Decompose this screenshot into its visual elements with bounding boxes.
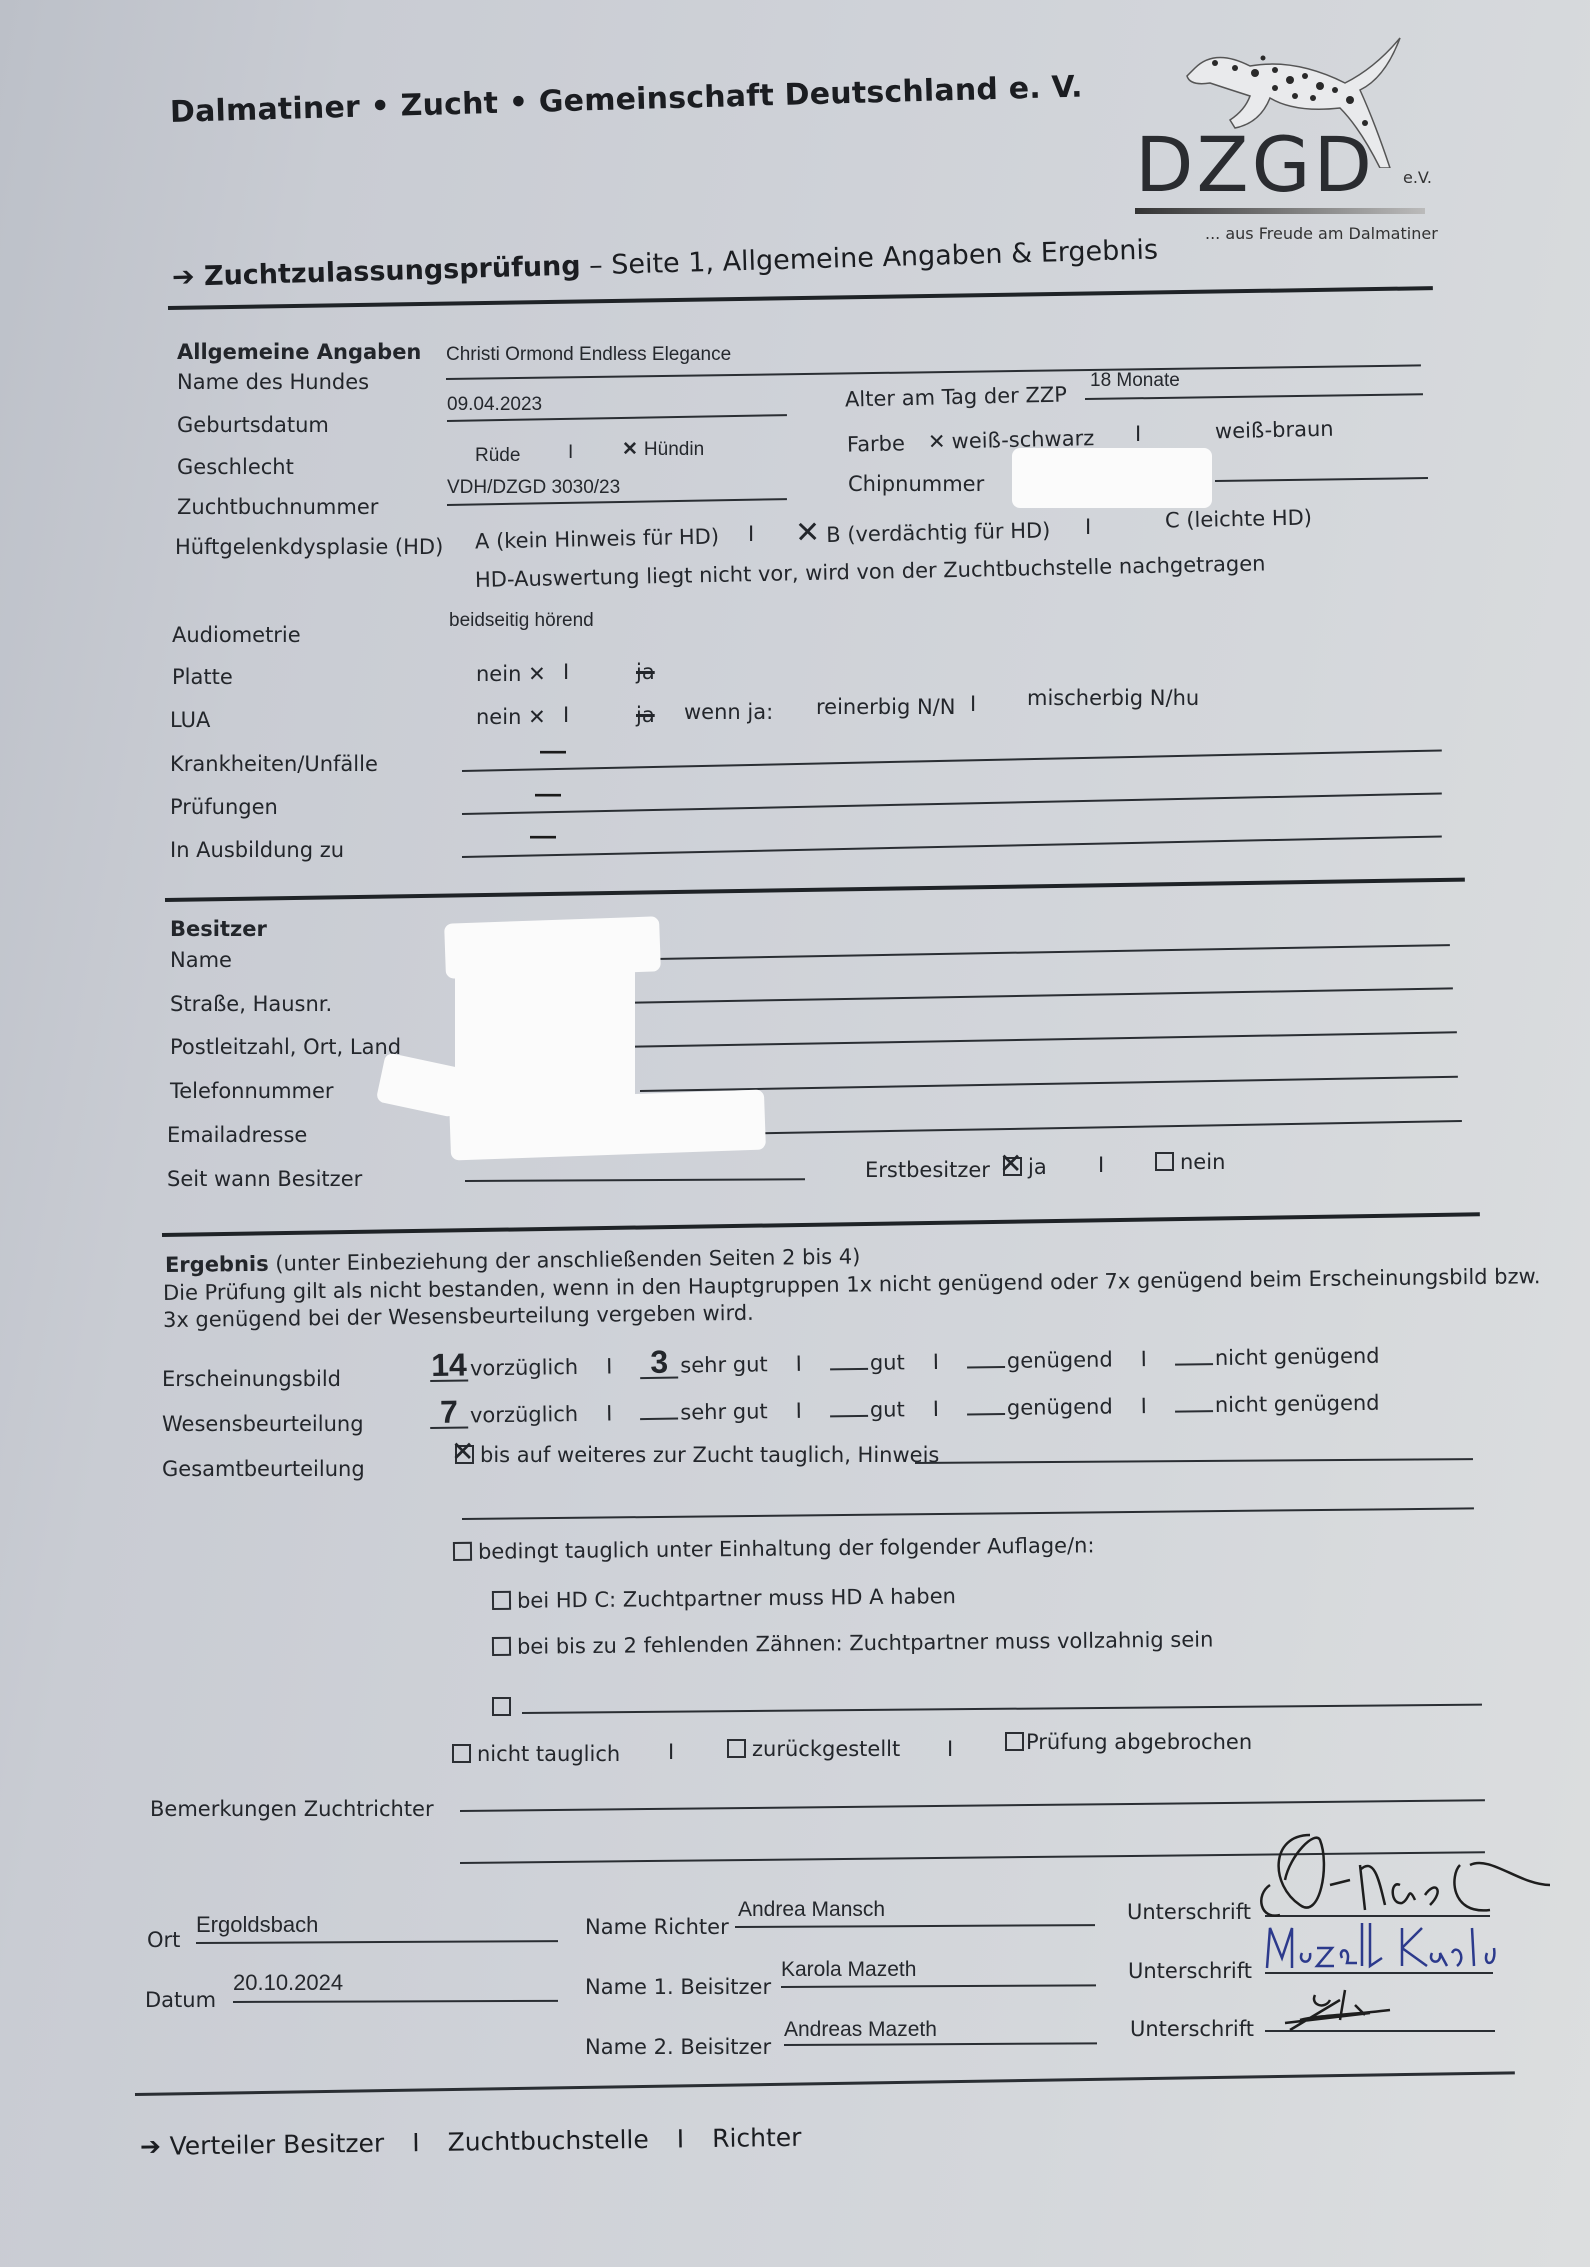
studbook-label: Zuchtbuchnummer bbox=[177, 495, 378, 519]
appearance-label: Erscheinungsbild bbox=[162, 1367, 341, 1391]
option-not-suitable-label: nicht tauglich bbox=[477, 1742, 620, 1766]
temperament-label: Wesensbeurteilung bbox=[162, 1412, 364, 1436]
overall-hint-field-2[interactable] bbox=[462, 1507, 1474, 1520]
appearance-genügend[interactable]: genügend bbox=[967, 1347, 1113, 1373]
assessor1-signature-label: Unterschrift bbox=[1128, 1959, 1252, 1983]
grade-count bbox=[967, 1413, 1005, 1416]
separator: I bbox=[677, 2124, 685, 2153]
illness-value: — bbox=[540, 735, 566, 766]
hd-note: HD-Auswertung liegt nicht vor, wird von … bbox=[475, 551, 1266, 592]
birth-label: Geburtsdatum bbox=[177, 413, 329, 437]
grade-label: sehr gut bbox=[680, 1352, 768, 1377]
first-owner-label: Erstbesitzer bbox=[865, 1158, 990, 1182]
appearance-nicht-genügend[interactable]: nicht genügend bbox=[1175, 1344, 1380, 1371]
grade-label: vorzüglich bbox=[470, 1402, 578, 1428]
distribution-studbook: Zuchtbuchstelle bbox=[447, 2125, 649, 2157]
grade-count bbox=[830, 1368, 868, 1371]
field-line bbox=[784, 2042, 1097, 2046]
field-line bbox=[1215, 477, 1428, 482]
lua-label: LUA bbox=[170, 708, 210, 732]
checkbox-checked: ✕ bbox=[455, 1445, 474, 1464]
conditional-sub-other[interactable] bbox=[492, 1695, 517, 1719]
judge-value: Andrea Mansch bbox=[738, 1898, 885, 1922]
sex-option-female[interactable]: ✕Hündin bbox=[622, 438, 704, 461]
divider bbox=[165, 878, 1465, 902]
temperament-gut[interactable]: gut bbox=[830, 1397, 905, 1422]
field-line bbox=[196, 1940, 558, 1944]
owner-name-label: Name bbox=[170, 948, 232, 972]
grade-count: 7 bbox=[430, 1396, 468, 1429]
chip-label: Chipnummer bbox=[848, 472, 984, 496]
hd-b-label: B (verdächtig für HD) bbox=[826, 518, 1051, 547]
x-mark-icon: ✕ bbox=[622, 439, 638, 460]
grade-count bbox=[1175, 1410, 1213, 1413]
separator: I bbox=[412, 2128, 420, 2157]
audiometry-value: beidseitig hörend bbox=[449, 610, 594, 632]
first-owner-yes[interactable]: ✕ja bbox=[1003, 1155, 1047, 1179]
option-not-suitable[interactable]: nicht tauglich bbox=[452, 1742, 620, 1766]
audiometry-label: Audiometrie bbox=[172, 623, 301, 647]
grade-label: genügend bbox=[1007, 1347, 1113, 1372]
birth-value: 09.04.2023 bbox=[447, 394, 542, 416]
separator: I bbox=[568, 442, 573, 464]
assessor1-signature bbox=[1262, 1918, 1522, 1978]
owner-phone-label: Telefonnummer bbox=[170, 1079, 334, 1103]
temperament-sehr-gut[interactable]: sehr gut bbox=[640, 1399, 768, 1425]
separator: I bbox=[933, 1350, 940, 1374]
grade-label: genügend bbox=[1007, 1394, 1113, 1419]
form-title-sub: – Seite 1, Allgemeine Angaben & Ergebnis bbox=[580, 234, 1158, 281]
result-rule-2: 3x genügend bei der Wesensbeurteilung ve… bbox=[163, 1301, 754, 1332]
field-line bbox=[615, 987, 1453, 1004]
first-owner-no[interactable]: nein bbox=[1155, 1150, 1225, 1174]
date-value: 20.10.2024 bbox=[233, 1970, 343, 1996]
separator: I bbox=[606, 1354, 613, 1378]
field-line bbox=[1085, 393, 1423, 400]
redacted-owner-email bbox=[449, 1090, 766, 1161]
checkbox bbox=[492, 1697, 511, 1716]
separator: I bbox=[563, 703, 569, 727]
separator: I bbox=[970, 692, 976, 716]
owner-since-label: Seit wann Besitzer bbox=[167, 1167, 362, 1191]
distribution-owner: Verteiler Besitzer bbox=[169, 2129, 384, 2161]
illness-label: Krankheiten/Unfälle bbox=[170, 752, 378, 776]
assessor2-value: Andreas Mazeth bbox=[784, 2018, 937, 2042]
owner-email-label: Emailadresse bbox=[167, 1123, 307, 1147]
result-heading: Ergebnis (unter Einbeziehung der anschli… bbox=[165, 1245, 861, 1277]
separator: I bbox=[1141, 1394, 1148, 1418]
option-deferred-label: zurückgestellt bbox=[752, 1737, 900, 1761]
appearance-vorzüglich[interactable]: 14vorzüglich bbox=[430, 1348, 579, 1382]
separator: I bbox=[606, 1401, 613, 1425]
x-mark-icon: ✕ bbox=[999, 1147, 1022, 1180]
appearance-gut[interactable]: gut bbox=[830, 1350, 905, 1375]
exams-value: — bbox=[535, 778, 561, 809]
assessor2-signature bbox=[1280, 1985, 1410, 2035]
patch-option-yes[interactable]: ja bbox=[636, 660, 655, 684]
color-label: Farbe bbox=[847, 431, 905, 456]
checkbox bbox=[727, 1739, 746, 1758]
logo-underline bbox=[1135, 208, 1425, 214]
result-heading-title: Ergebnis bbox=[165, 1252, 269, 1277]
hd-option-b[interactable]: ✕B (verdächtig für HD) bbox=[795, 510, 1051, 550]
overall-hint-field[interactable] bbox=[915, 1458, 1473, 1464]
field-line bbox=[446, 364, 1421, 380]
patch-label: Platte bbox=[172, 665, 233, 689]
logo-suffix: e.V. bbox=[1403, 168, 1432, 187]
separator: I bbox=[796, 1352, 803, 1376]
lua-option-no[interactable]: nein ✕ bbox=[476, 705, 552, 729]
separator: I bbox=[1141, 1347, 1148, 1371]
temperament-vorzüglich[interactable]: 7vorzüglich bbox=[430, 1395, 579, 1429]
option-deferred[interactable]: zurückgestellt bbox=[727, 1737, 900, 1761]
sex-label: Geschlecht bbox=[177, 455, 294, 479]
owner-since-field[interactable] bbox=[465, 1178, 805, 1182]
field-line bbox=[462, 749, 1442, 772]
grade-label: sehr gut bbox=[680, 1399, 768, 1424]
field-line bbox=[447, 498, 787, 506]
training-label: In Ausbildung zu bbox=[170, 838, 344, 862]
judge-label: Name Richter bbox=[585, 1915, 729, 1939]
x-mark-icon: ✕ bbox=[528, 662, 546, 686]
grade-label: gut bbox=[870, 1350, 905, 1374]
grade-count: 3 bbox=[640, 1347, 678, 1380]
checkbox bbox=[492, 1637, 511, 1656]
field-line bbox=[720, 1120, 1462, 1135]
lua-option-mixed[interactable]: mischerbig N/hu bbox=[1027, 686, 1199, 710]
overall-label: Gesamtbeurteilung bbox=[162, 1457, 365, 1481]
temperament-genügend[interactable]: genügend bbox=[967, 1394, 1113, 1420]
place-value: Ergoldsbach bbox=[196, 1912, 318, 1938]
lua-option-pure[interactable]: reinerbig N/N bbox=[816, 695, 955, 719]
training-value: — bbox=[530, 820, 556, 851]
studbook-value: VDH/DZGD 3030/23 bbox=[447, 477, 620, 499]
logo: DZGD e.V. ... aus Freude am Dalmatiner bbox=[1135, 28, 1435, 228]
separator: I bbox=[933, 1397, 940, 1421]
conditional-label: bedingt tauglich unter Einhaltung der fo… bbox=[478, 1533, 1095, 1563]
dog-name-label: Name des Hundes bbox=[177, 370, 369, 394]
grade-label: gut bbox=[870, 1397, 905, 1421]
overall-option-suitable-label: bis auf weiteres zur Zucht tauglich, Hin… bbox=[480, 1443, 939, 1467]
separator: I bbox=[1135, 422, 1141, 446]
assessor1-label: Name 1. Beisitzer bbox=[585, 1975, 771, 1999]
field-line bbox=[735, 1924, 1095, 1928]
grade-count bbox=[640, 1418, 678, 1421]
form-title-main: Zuchtzulassungsprüfung bbox=[204, 251, 581, 293]
owner-postal-label: Postleitzahl, Ort, Land bbox=[170, 1035, 401, 1059]
sex-option-male[interactable]: Rüde bbox=[475, 445, 520, 467]
age-label: Alter am Tag der ZZP bbox=[845, 382, 1067, 411]
assessor1-value: Karola Mazeth bbox=[781, 1958, 916, 1982]
conditional-sub-hd-label: bei HD C: Zuchtpartner muss HD A haben bbox=[517, 1584, 956, 1613]
separator: I bbox=[947, 1737, 953, 1761]
field-line bbox=[655, 944, 1450, 960]
first-owner-yes-label: ja bbox=[1028, 1155, 1047, 1179]
field-line bbox=[615, 1031, 1457, 1048]
exams-label: Prüfungen bbox=[170, 795, 278, 819]
distribution-judge: Richter bbox=[712, 2123, 802, 2153]
checkbox bbox=[492, 1591, 511, 1610]
divider bbox=[135, 2071, 1515, 2096]
distribution-list: ➔ Verteiler BesitzerIZuchtbuchstelleIRic… bbox=[140, 2123, 802, 2161]
checkbox bbox=[1005, 1732, 1024, 1751]
field-line bbox=[462, 835, 1442, 858]
temperament-nicht-genügend[interactable]: nicht genügend bbox=[1175, 1391, 1380, 1418]
remarks-field[interactable] bbox=[460, 1799, 1485, 1812]
hd-label: Hüftgelenkdysplasie (HD) bbox=[175, 535, 443, 559]
age-value: 18 Monate bbox=[1090, 370, 1180, 392]
conditional-other-field[interactable] bbox=[522, 1704, 1482, 1714]
option-aborted-label: Prüfung abgebrochen bbox=[1026, 1730, 1252, 1754]
separator: I bbox=[1098, 1153, 1104, 1177]
appearance-grades: 14vorzüglichI3sehr gutIgutIgenügendInich… bbox=[430, 1337, 1380, 1382]
place-label: Ort bbox=[147, 1928, 180, 1952]
checkbox bbox=[452, 1744, 471, 1763]
x-mark-icon: ✕ bbox=[451, 1435, 474, 1468]
lua-option-yes[interactable]: ja bbox=[636, 703, 655, 727]
field-line bbox=[233, 2000, 558, 2003]
owner-heading: Besitzer bbox=[170, 917, 267, 941]
divider bbox=[168, 286, 1433, 310]
temperament-grades: 7vorzüglichIsehr gutIgutIgenügendInicht … bbox=[430, 1384, 1380, 1429]
lua-if-yes: wenn ja: bbox=[684, 700, 773, 724]
patch-no-label: nein bbox=[476, 662, 521, 686]
general-heading: Allgemeine Angaben bbox=[177, 340, 421, 364]
grade-count bbox=[967, 1366, 1005, 1369]
grade-label: nicht genügend bbox=[1215, 1391, 1380, 1417]
dog-name-value: Christi Ormond Endless Elegance bbox=[446, 344, 731, 366]
arrow-right-icon: ➔ bbox=[140, 2132, 170, 2161]
conditional-sub-teeth-label: bei bis zu 2 fehlenden Zähnen: Zuchtpart… bbox=[517, 1627, 1214, 1658]
separator: I bbox=[796, 1399, 803, 1423]
lua-no-label: nein bbox=[476, 705, 521, 729]
field-line bbox=[781, 1984, 1096, 1988]
x-mark-icon: ✕ bbox=[528, 705, 546, 729]
assessor2-label: Name 2. Beisitzer bbox=[585, 2035, 771, 2059]
divider bbox=[162, 1212, 1480, 1237]
sex-female-label: Hündin bbox=[644, 439, 704, 460]
patch-option-no[interactable]: nein ✕ bbox=[476, 662, 552, 686]
date-label: Datum bbox=[145, 1988, 216, 2012]
field-line bbox=[462, 792, 1442, 815]
field-line bbox=[640, 1076, 1458, 1092]
conditional-option[interactable]: bedingt tauglich unter Einhaltung der fo… bbox=[453, 1533, 1095, 1564]
remarks-label: Bemerkungen Zuchtrichter bbox=[150, 1797, 434, 1821]
option-aborted[interactable]: Prüfung abgebrochen bbox=[1005, 1730, 1252, 1754]
checkbox-checked: ✕ bbox=[1003, 1157, 1022, 1176]
first-owner-no-label: nein bbox=[1180, 1150, 1225, 1174]
checkbox bbox=[1155, 1152, 1174, 1171]
overall-option-suitable[interactable]: ✕bis auf weiteres zur Zucht tauglich, Hi… bbox=[455, 1443, 939, 1467]
conditional-sub-teeth[interactable]: bei bis zu 2 fehlenden Zähnen: Zuchtpart… bbox=[492, 1627, 1214, 1659]
judge-signature-label: Unterschrift bbox=[1127, 1900, 1251, 1924]
owner-street-label: Straße, Hausnr. bbox=[170, 992, 332, 1016]
arrow-right-icon: ➔ bbox=[172, 261, 205, 293]
assessor2-signature-label: Unterschrift bbox=[1130, 2017, 1254, 2041]
x-mark-icon: ✕ bbox=[795, 515, 821, 551]
result-heading-note: (unter Einbeziehung der anschließenden S… bbox=[275, 1245, 860, 1276]
grade-label: vorzüglich bbox=[470, 1355, 578, 1381]
grade-count bbox=[830, 1415, 868, 1418]
hd-option-c[interactable]: C (leichte HD) bbox=[1165, 505, 1312, 532]
appearance-sehr-gut[interactable]: 3sehr gut bbox=[640, 1345, 768, 1379]
separator: I bbox=[1085, 515, 1091, 539]
hd-option-a[interactable]: A (kein Hinweis für HD) bbox=[475, 524, 719, 553]
separator: I bbox=[668, 1740, 674, 1764]
color-option-brown[interactable]: weiß-braun bbox=[1215, 417, 1334, 444]
grade-count: 14 bbox=[430, 1349, 468, 1382]
logo-tagline: ... aus Freude am Dalmatiner bbox=[1205, 224, 1438, 243]
logo-abbr: DZGD bbox=[1135, 120, 1375, 209]
org-name: Dalmatiner • Zucht • Gemeinschaft Deutsc… bbox=[170, 70, 1084, 130]
x-mark-icon: ✕ bbox=[928, 429, 946, 453]
separator: I bbox=[748, 522, 754, 546]
form-title: ➔ Zuchtzulassungsprüfung – Seite 1, Allg… bbox=[172, 234, 1159, 293]
checkbox bbox=[453, 1542, 472, 1561]
conditional-sub-hd[interactable]: bei HD C: Zuchtpartner muss HD A haben bbox=[492, 1584, 956, 1613]
separator: I bbox=[563, 660, 569, 684]
redacted-chip-number bbox=[1012, 448, 1212, 508]
grade-count bbox=[1175, 1363, 1213, 1366]
grade-label: nicht genügend bbox=[1215, 1344, 1380, 1370]
